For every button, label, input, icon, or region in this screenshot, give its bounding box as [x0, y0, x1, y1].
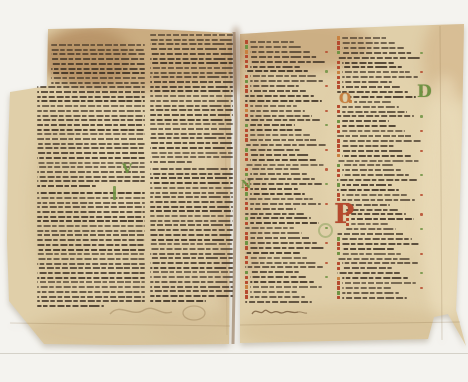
script-line	[37, 157, 145, 159]
script-line	[150, 290, 233, 292]
green-initial-d: D	[417, 84, 432, 101]
text-column-left-2	[150, 34, 233, 306]
red-line-initial	[245, 295, 248, 298]
orange-line-initial	[337, 36, 340, 39]
line-filler-mark	[420, 52, 423, 54]
script-line	[150, 133, 233, 135]
script-line	[37, 133, 145, 135]
red-line-initial	[337, 174, 340, 177]
green-initial-n: N	[241, 179, 251, 190]
script-line	[150, 109, 233, 111]
script-line	[250, 188, 298, 190]
script-line	[250, 110, 305, 112]
script-line	[250, 168, 299, 170]
script-line	[150, 67, 233, 69]
line-filler-mark	[325, 149, 328, 151]
script-line	[150, 168, 233, 170]
script-line	[342, 164, 393, 166]
green-line-initial	[245, 192, 248, 195]
script-line	[245, 252, 300, 254]
script-line	[150, 206, 233, 208]
script-line	[354, 101, 391, 103]
red-line-initial	[337, 286, 340, 289]
red-line-initial	[245, 85, 248, 88]
orange-line-initial	[337, 154, 340, 157]
script-line	[250, 183, 322, 185]
script-line	[250, 208, 296, 210]
script-line	[342, 62, 394, 64]
script-line	[37, 216, 145, 218]
red-line-initial	[337, 247, 340, 250]
line-filler-mark	[325, 110, 328, 112]
script-line	[342, 174, 409, 176]
script-line	[37, 143, 145, 145]
script-line	[150, 220, 233, 222]
text-column-left-1	[37, 44, 145, 311]
script-line	[37, 234, 145, 236]
script-line	[342, 52, 412, 54]
script-line	[150, 81, 233, 83]
script-line	[245, 266, 323, 268]
green-line-initial	[245, 124, 248, 127]
green-line-initial	[245, 148, 248, 151]
script-line	[51, 44, 145, 46]
red-line-initial	[245, 236, 248, 239]
script-line	[37, 249, 145, 251]
script-line	[342, 155, 411, 157]
script-line	[150, 224, 233, 226]
red-line-initial	[245, 222, 248, 225]
script-line	[250, 75, 316, 77]
red-line-initial	[337, 262, 340, 265]
script-line	[250, 85, 299, 87]
script-line	[342, 111, 407, 113]
red-line-initial	[337, 296, 340, 299]
red-line-initial	[337, 125, 340, 128]
script-line	[342, 238, 412, 240]
script-line	[150, 192, 233, 194]
line-filler-mark	[325, 203, 328, 205]
script-line	[250, 149, 301, 151]
script-line	[342, 130, 405, 132]
script-line	[250, 124, 295, 126]
script-line	[250, 115, 312, 117]
script-line	[342, 71, 410, 73]
script-line	[150, 114, 233, 116]
script-line	[51, 82, 145, 84]
script-line	[342, 86, 400, 88]
script-line	[37, 152, 145, 154]
script-line	[250, 61, 325, 63]
script-line	[245, 95, 314, 97]
red-line-initial	[245, 138, 248, 141]
script-line	[37, 206, 145, 208]
orange-line-initial	[337, 277, 340, 280]
script-line	[37, 91, 145, 93]
script-line	[37, 86, 145, 88]
red-line-initial	[245, 60, 248, 63]
script-line	[150, 295, 233, 297]
script-line	[37, 129, 145, 131]
script-line	[342, 243, 420, 245]
script-line	[37, 147, 145, 149]
line-filler-mark	[420, 287, 423, 289]
red-line-initial	[245, 134, 248, 137]
red-line-initial	[245, 276, 248, 279]
script-line	[150, 257, 233, 259]
script-line	[245, 227, 294, 229]
script-line	[337, 272, 400, 274]
script-line	[150, 267, 233, 269]
script-line	[150, 177, 233, 179]
script-line	[37, 100, 145, 102]
script-line	[245, 119, 320, 121]
script-line	[250, 41, 294, 43]
script-line	[37, 263, 145, 265]
script-line	[150, 173, 233, 175]
red-line-initial	[245, 65, 248, 68]
red-line-initial	[245, 153, 248, 156]
green-line-initial	[337, 51, 340, 54]
script-line	[337, 115, 414, 117]
line-filler-mark	[420, 130, 423, 132]
script-line	[51, 58, 145, 60]
script-line	[150, 229, 233, 231]
script-line	[150, 187, 233, 189]
script-line	[250, 105, 297, 107]
red-line-initial	[245, 129, 248, 132]
red-line-initial	[337, 149, 340, 152]
script-line	[150, 243, 233, 245]
script-line	[337, 189, 399, 191]
script-line	[250, 291, 297, 293]
script-line	[51, 49, 145, 51]
line-filler-mark	[325, 85, 328, 87]
script-line	[150, 234, 233, 236]
red-initial-p: P	[334, 201, 354, 228]
script-line	[150, 239, 233, 241]
script-line	[37, 258, 145, 260]
orange-line-initial	[245, 285, 248, 288]
script-line	[37, 230, 145, 232]
red-line-initial	[337, 76, 340, 79]
green-line-initial	[337, 164, 340, 167]
inscription-mark	[250, 305, 310, 319]
script-line	[150, 286, 233, 288]
script-line	[342, 297, 407, 299]
script-line	[337, 258, 410, 260]
script-line	[37, 291, 145, 293]
red-line-initial	[337, 61, 340, 64]
script-line	[150, 39, 233, 41]
script-line	[342, 248, 394, 250]
green-line-initial	[245, 45, 248, 48]
script-line	[342, 47, 404, 49]
script-line	[351, 223, 388, 225]
red-line-initial	[337, 193, 340, 196]
script-line	[37, 239, 145, 241]
script-line	[150, 137, 233, 139]
script-line	[337, 135, 413, 137]
script-line	[250, 257, 308, 259]
script-line	[37, 119, 145, 121]
red-line-initial	[245, 261, 248, 264]
red-line-initial	[337, 85, 340, 88]
script-line	[245, 100, 322, 102]
red-line-initial	[245, 104, 248, 107]
faint-green-initial-o	[318, 223, 333, 238]
script-line	[342, 145, 395, 147]
script-line	[349, 96, 416, 98]
red-line-initial	[337, 144, 340, 147]
script-line	[250, 242, 317, 244]
script-line	[51, 72, 145, 74]
script-line	[37, 220, 145, 222]
script-line	[150, 43, 233, 45]
script-line	[342, 267, 392, 269]
green-line-initial	[337, 183, 340, 186]
script-line	[150, 128, 233, 130]
script-line	[150, 201, 233, 203]
script-line	[37, 211, 145, 213]
green-initial-i	[113, 186, 116, 200]
red-line-initial	[337, 66, 340, 69]
green-line-initial	[245, 241, 248, 244]
script-line	[245, 144, 326, 146]
script-line	[37, 253, 145, 255]
line-filler-mark	[420, 71, 423, 73]
script-line	[250, 56, 317, 58]
script-line	[337, 160, 419, 162]
green-line-initial	[337, 291, 340, 294]
line-filler-mark	[420, 174, 423, 176]
script-line	[150, 152, 233, 154]
script-line	[250, 134, 310, 136]
script-line	[337, 233, 404, 235]
photo-background: VNODP	[0, 0, 468, 382]
red-line-initial	[337, 130, 340, 133]
line-filler-mark	[325, 124, 328, 126]
script-line	[37, 286, 145, 288]
text-column-right-1	[245, 41, 330, 310]
script-line	[150, 156, 233, 158]
script-line	[37, 105, 145, 107]
red-line-initial	[245, 246, 248, 249]
script-line	[250, 281, 314, 283]
script-line	[37, 185, 96, 187]
red-line-initial	[337, 139, 340, 142]
red-line-initial	[245, 168, 248, 171]
script-line	[37, 272, 145, 274]
script-line	[337, 57, 420, 59]
script-line	[250, 247, 325, 249]
script-line	[245, 70, 308, 72]
line-filler-mark	[325, 242, 328, 244]
script-line	[150, 281, 233, 283]
script-line	[37, 244, 145, 246]
green-line-initial	[245, 271, 248, 274]
script-line	[37, 225, 145, 227]
green-line-initial	[337, 252, 340, 255]
script-line	[351, 218, 414, 220]
script-line	[150, 182, 233, 184]
line-filler-mark	[325, 51, 328, 53]
script-line	[51, 68, 145, 70]
script-line	[245, 198, 313, 200]
red-line-initial	[245, 75, 248, 78]
script-line	[250, 51, 310, 53]
script-line	[37, 197, 145, 199]
line-filler-mark	[325, 168, 328, 170]
script-line	[250, 46, 302, 48]
script-line	[150, 248, 233, 250]
script-line	[150, 100, 233, 102]
script-line	[37, 202, 145, 204]
script-line	[245, 164, 324, 166]
script-line	[250, 129, 303, 131]
script-line	[37, 267, 145, 269]
script-line	[342, 253, 402, 255]
script-line	[150, 62, 233, 64]
green-line-initial	[245, 217, 248, 220]
script-line	[150, 215, 233, 217]
script-line	[37, 124, 145, 126]
red-line-initial	[245, 114, 248, 117]
script-line	[37, 138, 145, 140]
line-filler-mark	[420, 272, 423, 274]
script-line	[150, 72, 233, 74]
red-line-initial	[337, 110, 340, 113]
script-line	[250, 271, 299, 273]
orange-line-initial	[337, 71, 340, 74]
script-line	[342, 125, 397, 127]
script-line	[342, 184, 392, 186]
script-line	[250, 173, 307, 175]
red-line-initial	[337, 169, 340, 172]
script-line	[150, 123, 233, 125]
green-line-initial	[337, 237, 340, 240]
script-line	[150, 253, 233, 255]
orange-line-initial	[245, 50, 248, 53]
script-line	[37, 96, 145, 98]
script-line	[150, 119, 233, 121]
script-line	[342, 262, 418, 264]
script-line	[250, 296, 305, 298]
red-line-initial	[337, 46, 340, 49]
script-line	[342, 277, 408, 279]
red-line-initial	[245, 232, 248, 235]
script-line	[342, 140, 421, 142]
script-line	[250, 222, 319, 224]
line-filler-mark	[325, 276, 328, 278]
script-line	[37, 277, 145, 279]
script-line	[250, 276, 306, 278]
script-line	[342, 292, 399, 294]
surface-edge-line	[0, 353, 468, 354]
script-line	[351, 204, 390, 206]
script-line	[37, 115, 145, 117]
line-filler-mark	[420, 213, 423, 215]
red-line-initial	[337, 267, 340, 270]
green-line-initial	[337, 120, 340, 123]
script-line	[150, 147, 233, 149]
script-line	[342, 287, 391, 289]
script-line	[150, 76, 233, 78]
red-line-initial	[337, 281, 340, 284]
line-filler-mark	[325, 262, 328, 264]
script-line	[150, 53, 233, 55]
line-filler-mark	[420, 253, 423, 255]
script-line	[150, 142, 233, 144]
script-line	[342, 76, 418, 78]
red-line-initial	[245, 40, 248, 43]
script-line	[250, 203, 321, 205]
red-line-initial	[245, 207, 248, 210]
script-line	[150, 95, 233, 97]
script-line	[150, 210, 233, 212]
script-line	[37, 281, 145, 283]
script-line	[342, 150, 403, 152]
red-line-initial	[337, 242, 340, 245]
script-line	[150, 34, 233, 36]
script-line	[250, 90, 306, 92]
script-line	[250, 193, 305, 195]
line-filler-mark	[420, 150, 423, 152]
green-line-initial	[245, 173, 248, 176]
pen-flourish-left	[106, 298, 226, 324]
green-initial-v: V	[122, 163, 132, 176]
text-column-right-2	[337, 37, 425, 306]
script-line	[37, 305, 104, 307]
script-line	[250, 66, 300, 68]
script-line	[250, 154, 309, 156]
script-line	[250, 262, 316, 264]
script-line	[250, 232, 302, 234]
script-line	[150, 276, 233, 278]
script-line	[351, 213, 406, 215]
script-line	[245, 213, 304, 215]
red-line-initial	[245, 158, 248, 161]
red-line-initial	[245, 281, 248, 284]
script-line	[342, 42, 396, 44]
line-filler-mark	[420, 115, 423, 117]
red-line-initial	[245, 290, 248, 293]
script-line	[342, 282, 416, 284]
orange-initial-o: O	[339, 92, 351, 106]
script-line	[150, 105, 233, 107]
script-line	[342, 120, 389, 122]
script-line	[342, 194, 407, 196]
script-line	[51, 53, 145, 55]
line-filler-mark	[325, 183, 328, 185]
script-line	[342, 169, 401, 171]
script-line	[150, 90, 233, 92]
line-filler-mark	[420, 194, 423, 196]
red-line-initial	[245, 55, 248, 58]
script-line	[37, 110, 145, 112]
script-line	[150, 48, 233, 50]
script-line	[250, 159, 316, 161]
script-line	[250, 237, 310, 239]
script-line	[250, 286, 322, 288]
script-line	[150, 262, 233, 264]
script-line	[245, 178, 315, 180]
script-line	[150, 271, 233, 273]
script-line	[37, 180, 145, 182]
line-filler-mark	[420, 228, 423, 230]
red-line-initial	[245, 256, 248, 259]
script-line	[250, 217, 311, 219]
